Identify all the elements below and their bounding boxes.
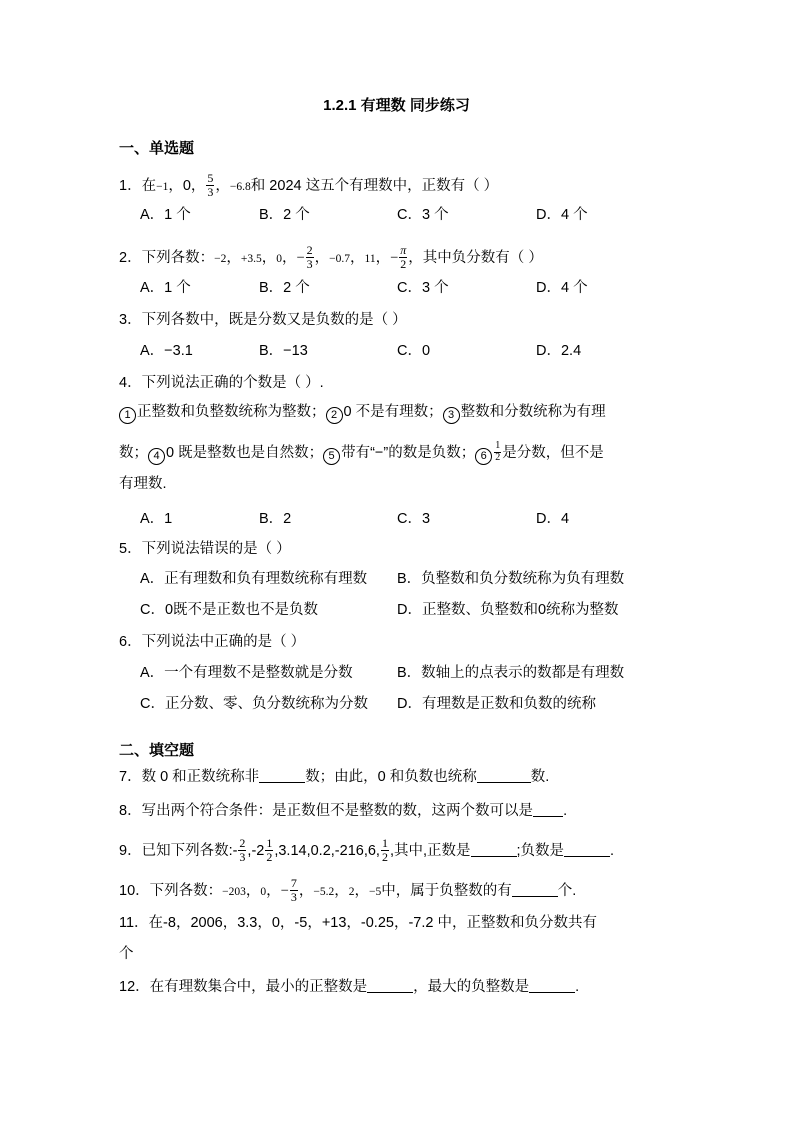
fraction-pi-2: π2 xyxy=(399,244,407,270)
q3-option-a[interactable]: A．−3.1 xyxy=(140,344,193,359)
section-heading-fill-blank: 二、填空题 xyxy=(119,743,194,758)
fraction-1-2: 12 xyxy=(494,441,501,463)
answer-blank-7b[interactable] xyxy=(477,768,531,783)
fraction-7-3: 73 xyxy=(290,877,298,903)
q2-option-c[interactable]: C．3 个 xyxy=(397,281,449,296)
question-11: 11．在-8，2006，3.3，0，-5，+13，-0.25，-7.2 中，正整… xyxy=(119,916,597,931)
q2-option-a[interactable]: A．1 个 xyxy=(140,281,191,296)
q5-option-d[interactable]: D．正整数、负整数和0统称为整数 xyxy=(397,603,619,618)
q1-option-a[interactable]: A．1 个 xyxy=(140,208,191,223)
question-8: 8．写出两个符合条件：是正数但不是整数的数，这两个数可以是. xyxy=(119,802,567,819)
section-heading-single-choice: 一、单选题 xyxy=(119,141,194,156)
q4-statements-line-3: 有理数. xyxy=(119,477,167,492)
circled-number-1: 1 xyxy=(119,407,136,424)
circled-number-5: 5 xyxy=(323,448,340,465)
q1-option-b[interactable]: B．2 个 xyxy=(259,208,310,223)
fraction-2-3: 23 xyxy=(238,837,246,863)
question-2: 2．下列各数：−2，+3.5，0，−23，−0.7，11，−π2，其中负分数有（… xyxy=(119,245,543,271)
answer-blank-10[interactable] xyxy=(512,882,558,897)
q2-option-d[interactable]: D．4 个 xyxy=(536,281,588,296)
q4-option-a[interactable]: A．1 xyxy=(140,512,172,527)
q3-option-c[interactable]: C．0 xyxy=(397,344,430,359)
worksheet-page: 1.2.1 有理数 同步练习 一、单选题 1．在−1，0，53，−6.8和 20… xyxy=(0,0,793,1122)
question-4: 4．下列说法正确的个数是（ ）. xyxy=(119,376,324,391)
q5-option-b[interactable]: B．负整数和负分数统称为负有理数 xyxy=(397,572,624,587)
q5-option-a[interactable]: A．正有理数和负有理数统称有理数 xyxy=(140,572,367,587)
fraction-1-2: 12 xyxy=(381,837,389,863)
q5-option-c[interactable]: C．0既不是正数也不是负数 xyxy=(140,603,318,618)
fraction-2-3: 23 xyxy=(306,244,314,270)
q3-option-b[interactable]: B．−13 xyxy=(259,344,308,359)
answer-blank-9a[interactable] xyxy=(471,842,517,857)
q4-option-d[interactable]: D．4 xyxy=(536,512,569,527)
answer-blank-8[interactable] xyxy=(533,802,563,817)
q3-option-d[interactable]: D．2.4 xyxy=(536,344,581,359)
question-3: 3．下列各数中，既是分数又是负数的是（ ） xyxy=(119,313,407,328)
answer-blank-12a[interactable] xyxy=(367,978,413,993)
question-1: 1．在−1，0，53，−6.8和 2024 这五个有理数中，正数有（ ） xyxy=(119,173,498,199)
question-5: 5．下列说法错误的是（ ） xyxy=(119,542,291,557)
q6-option-b[interactable]: B．数轴上的点表示的数都是有理数 xyxy=(397,666,624,681)
question-10: 10．下列各数：−203，0，−73，−5.2，2，−5中，属于负整数的有个. xyxy=(119,878,576,904)
q4-option-c[interactable]: C．3 xyxy=(397,512,430,527)
question-11-continued: 个 xyxy=(119,947,134,962)
q6-option-a[interactable]: A．一个有理数不是整数就是分数 xyxy=(140,666,353,681)
q1-option-d[interactable]: D．4 个 xyxy=(536,208,588,223)
fraction-1-2: 12 xyxy=(265,837,273,863)
q6-option-c[interactable]: C．正分数、零、负分数统称为分数 xyxy=(140,697,368,712)
page-title: 1.2.1 有理数 同步练习 xyxy=(0,98,793,113)
answer-blank-12b[interactable] xyxy=(529,978,575,993)
question-6: 6．下列说法中正确的是（ ） xyxy=(119,635,305,650)
question-12: 12．在有理数集合中，最小的正整数是，最大的负整数是. xyxy=(119,978,579,995)
question-9: 9．已知下列各数:-23,-212,3.14,0.2,-216,6,12,其中,… xyxy=(119,838,614,864)
circled-number-6: 6 xyxy=(475,448,492,465)
q6-option-d[interactable]: D．有理数是正数和负数的统称 xyxy=(397,697,596,712)
circled-number-2: 2 xyxy=(326,407,343,424)
q4-option-b[interactable]: B．2 xyxy=(259,512,291,527)
answer-blank-7a[interactable] xyxy=(259,768,305,783)
q1-option-c[interactable]: C．3 个 xyxy=(397,208,449,223)
circled-number-4: 4 xyxy=(148,448,165,465)
answer-blank-9b[interactable] xyxy=(564,842,610,857)
q2-option-b[interactable]: B．2 个 xyxy=(259,281,310,296)
q4-statements-line-2: 数；40 既是整数也是自然数；5带有“−”的数是负数；612是分数，但不是 xyxy=(119,442,604,465)
q4-statements-line-1: 1正整数和负整数统称为整数；20 不是有理数；3整数和分数统称为有理 xyxy=(119,405,606,424)
fraction-5-3: 53 xyxy=(206,172,214,198)
question-7: 7．数 0 和正数统称非数；由此，0 和负数也统称数. xyxy=(119,768,549,785)
circled-number-3: 3 xyxy=(443,407,460,424)
